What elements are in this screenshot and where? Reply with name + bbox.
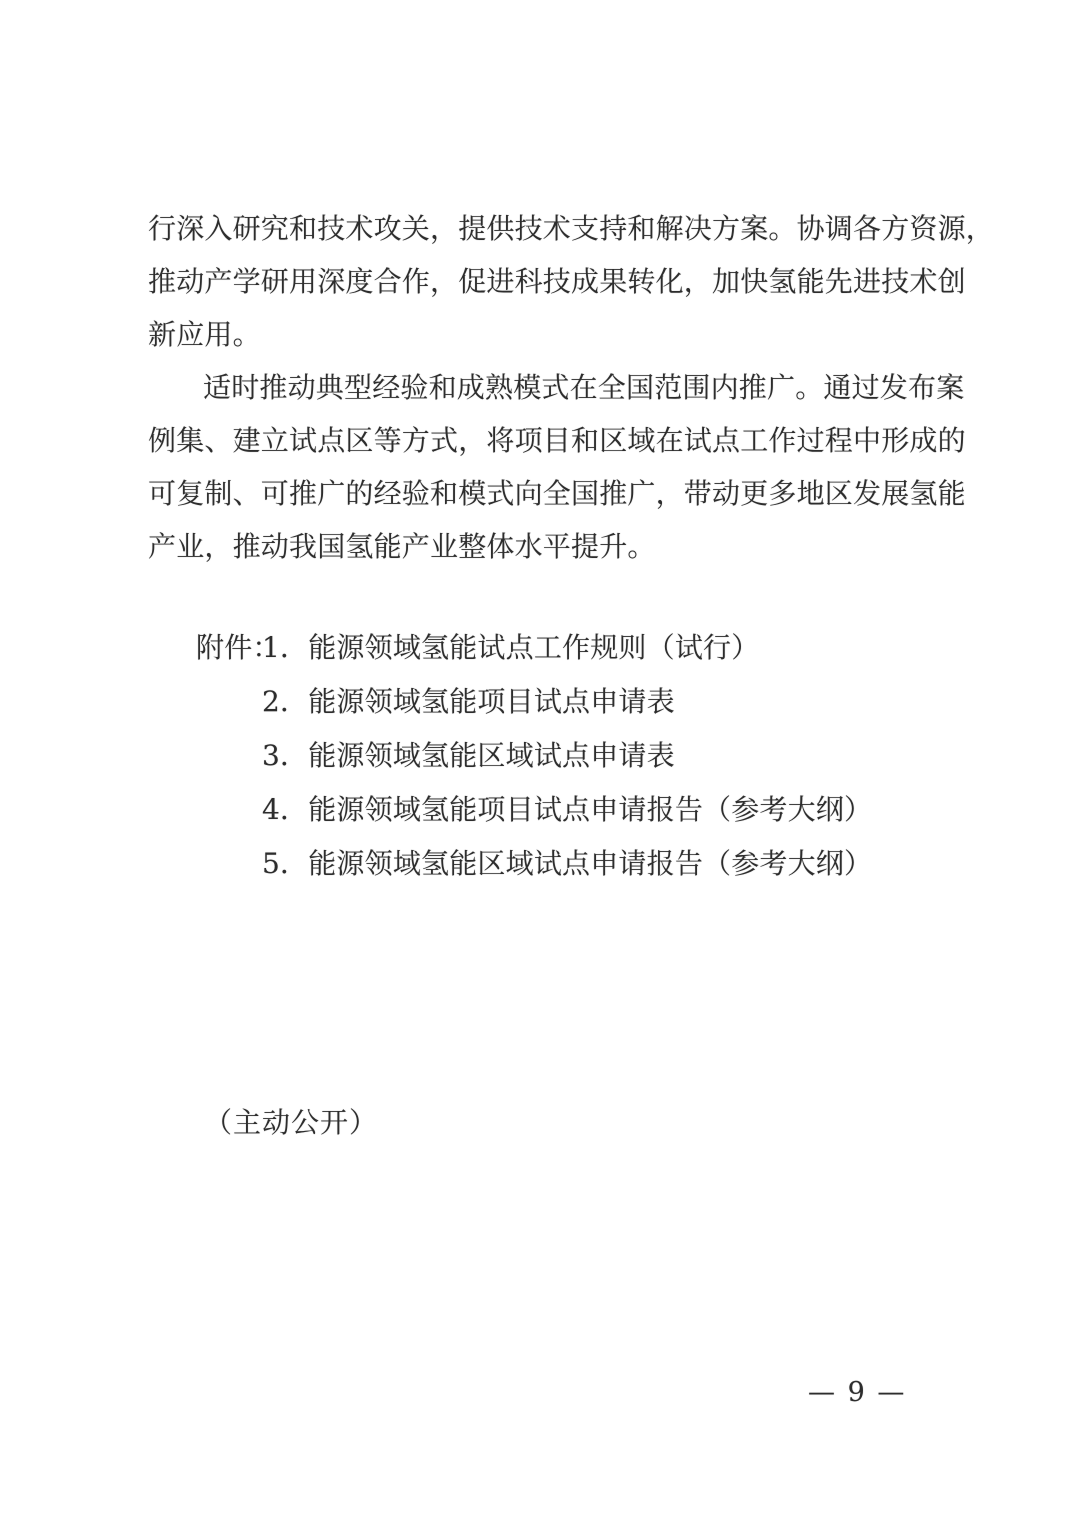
paragraph-line: 推动产学研用深度合作，促进科技成果转化，加快氢能先进技术创 xyxy=(148,255,976,308)
attachment-item: 3．能源领域氢能区域试点申请表 xyxy=(262,729,976,783)
paragraph-line: 产业，推动我国氢能产业整体水平提升。 xyxy=(148,520,976,573)
paragraph-line: 新应用。 xyxy=(148,308,976,361)
body-text: 行深入研究和技术攻关，提供技术支持和解决方案。协调各方资源， 推动产学研用深度合… xyxy=(148,202,976,573)
document-page: 行深入研究和技术攻关，提供技术支持和解决方案。协调各方资源， 推动产学研用深度合… xyxy=(0,0,1080,1536)
attachments-label: 附件： xyxy=(196,621,281,675)
paragraph-continuation-line: 行深入研究和技术攻关，提供技术支持和解决方案。协调各方资源， xyxy=(148,202,976,255)
attachments-list: 附件： 1．能源领域氢能试点工作规则（试行） 2．能源领域氢能项目试点申请表 3… xyxy=(148,621,976,891)
page-number: — 9 — xyxy=(808,1368,906,1418)
paragraph-first-line: 适时推动典型经验和成熟模式在全国范围内推广。通过发布案 xyxy=(148,361,976,414)
disclosure-note: （主动公开） xyxy=(204,1096,378,1149)
paragraph-line: 可复制、可推广的经验和模式向全国推广，带动更多地区发展氢能 xyxy=(148,467,976,520)
paragraph-line: 例集、建立试点区等方式，将项目和区域在试点工作过程中形成的 xyxy=(148,414,976,467)
attachment-item: 4．能源领域氢能项目试点申请报告（参考大纲） xyxy=(262,783,976,837)
attachment-item: 2．能源领域氢能项目试点申请表 xyxy=(262,675,976,729)
attachment-item: 1．能源领域氢能试点工作规则（试行） xyxy=(262,621,976,675)
attachment-item: 5．能源领域氢能区域试点申请报告（参考大纲） xyxy=(262,837,976,891)
